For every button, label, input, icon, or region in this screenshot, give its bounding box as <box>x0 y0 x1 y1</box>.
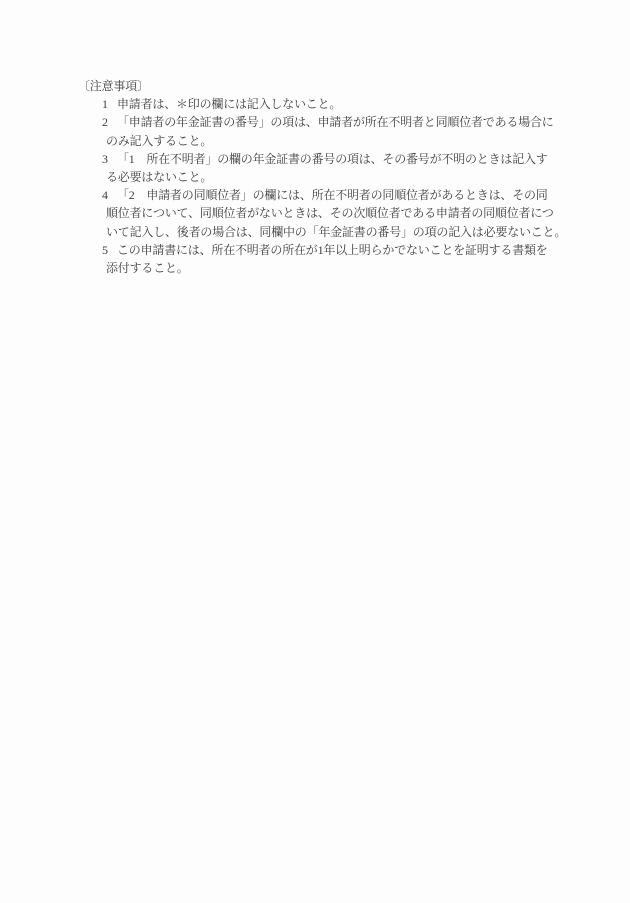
note-line: 「2 申請者の同順位者」の欄には、所在不明者の同順位者があるときは、その同 <box>106 186 588 204</box>
document-page: 〔注意事項〕 1 申請者は、＊印の欄には記入しないこと。 2 「申請者の年金証書… <box>78 77 588 277</box>
note-number: 3 <box>102 150 108 168</box>
note-line: いて記入し、後者の場合は、同欄中の「年金証書の番号」の項の記入は必要ないこと。 <box>106 223 588 241</box>
note-line: この申請書には、所在不明者の所在が1年以上明らかでないことを証明する書類を <box>106 241 588 259</box>
note-item-1: 1 申請者は、＊印の欄には記入しないこと。 <box>78 95 588 113</box>
note-line: のみ記入すること。 <box>106 132 588 150</box>
note-line: 添付すること。 <box>106 259 588 277</box>
note-number: 2 <box>102 113 108 131</box>
note-line: 「申請者の年金証書の番号」の項は、申請者が所在不明者と同順位者である場合に <box>106 113 588 131</box>
note-item-2: 2 「申請者の年金証書の番号」の項は、申請者が所在不明者と同順位者である場合に … <box>78 113 588 149</box>
note-item-3: 3 「1 所在不明者」の欄の年金証書の番号の項は、その番号が不明のときは記入す … <box>78 150 588 186</box>
note-number: 4 <box>102 186 108 204</box>
note-number: 1 <box>102 95 108 113</box>
note-line: 順位者について、同順位者がないときは、その次順位者である申請者の同順位者につ <box>106 204 588 222</box>
note-item-4: 4 「2 申請者の同順位者」の欄には、所在不明者の同順位者があるときは、その同 … <box>78 186 588 241</box>
note-line: る必要はないこと。 <box>106 168 588 186</box>
note-line: 申請者は、＊印の欄には記入しないこと。 <box>106 95 588 113</box>
note-item-5: 5 この申請書には、所在不明者の所在が1年以上明らかでないことを証明する書類を … <box>78 241 588 277</box>
note-line: 「1 所在不明者」の欄の年金証書の番号の項は、その番号が不明のときは記入す <box>106 150 588 168</box>
note-number: 5 <box>102 241 108 259</box>
notes-heading: 〔注意事項〕 <box>78 77 588 95</box>
